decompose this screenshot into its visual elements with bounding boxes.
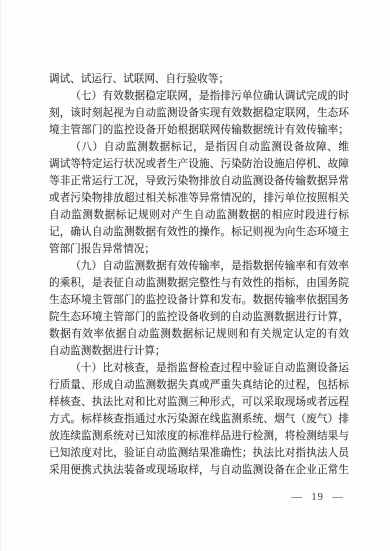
document-page: 调试、试运行、试联网、自行验收等；（七）有效数据稳定联网，是指排污单位确认调试完…: [0, 0, 390, 551]
text-line: 境主管部门的监控设备开始根据联网传输数据统计有效传输率；: [49, 122, 349, 139]
text-line: 行质量、形成自动监测数据失真或严重失真结论的过程，包括标: [49, 377, 349, 394]
text-line: 采用便携式执法装备或现场取样，与自动监测设备在企业正常生: [49, 462, 349, 479]
page-number: — 19 —: [291, 491, 344, 505]
text-line: 的乘积，是表征自动监测数据完整性与有效性的指标，由国务院: [49, 275, 349, 292]
text-line: 生态环境主管部门的监控设备计算和发布。数据传输率依据国务: [49, 292, 349, 309]
text-line: 管部门报告异常情况；: [49, 241, 349, 258]
document-text: 调试、试运行、试联网、自行验收等；（七）有效数据稳定联网，是指排污单位确认调试完…: [49, 71, 349, 479]
text-line: （十）比对核查，是指监督检查过程中验证自动监测设备运: [49, 360, 349, 377]
text-line: 刻，该时刻起视为自动监测设备实现有效数据稳定联网，生态环: [49, 105, 349, 122]
text-line: 记，确认自动监测数据有效性的操作。标记则视为向生态环境主: [49, 224, 349, 241]
text-line: 自动监测数据进行计算；: [49, 343, 349, 360]
text-line: 已知浓度对比，验证自动监测结果准确性；执法比对指执法人员: [49, 445, 349, 462]
text-line: 等非正常运行工况，导致污染物排放自动监测设备传输数据异常: [49, 173, 349, 190]
text-line: 自动监测数据标记规则对产生自动监测数据的相应时段进行标: [49, 207, 349, 224]
text-line: 放连续监测系统对已知浓度的标准样品进行检测，将检测结果与: [49, 428, 349, 445]
text-line: 院生态环境主管部门的监控设备收到的自动监测数据进行计算，: [49, 309, 349, 326]
text-line: 调试等特定运行状况或者生产设施、污染防治设施启停机、故障: [49, 156, 349, 173]
text-line: 调试、试运行、试联网、自行验收等；: [49, 71, 349, 88]
text-line: 方式。标样核查指通过水污染源在线监测系统、烟气（废气）排: [49, 411, 349, 428]
text-line: 或者污染物排放超过相关标准等异常情况的，排污单位按照相关: [49, 190, 349, 207]
text-line: 样核查、执法比对和比对监测三种形式，可以采取现场或者远程: [49, 394, 349, 411]
text-line: 数据有效率依据自动监测数据标记规则和有关规定认定的有效: [49, 326, 349, 343]
text-line: （九）自动监测数据有效传输率，是指数据传输率和有效率: [49, 258, 349, 275]
text-line: （七）有效数据稳定联网，是指排污单位确认调试完成的时: [49, 88, 349, 105]
text-line: （八）自动监测数据标记，是指因自动监测设备故障、维护、: [49, 139, 349, 156]
